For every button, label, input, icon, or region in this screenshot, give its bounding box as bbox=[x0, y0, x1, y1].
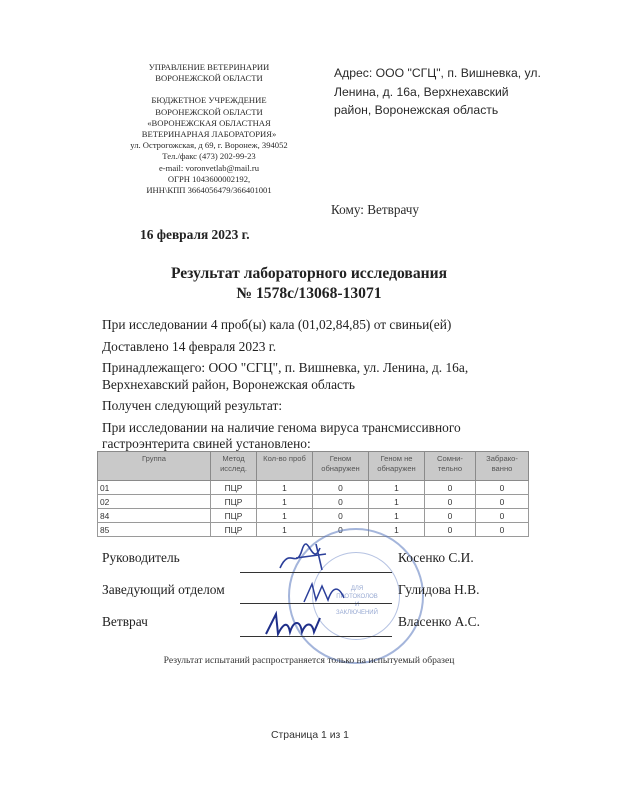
cell-group: 01 bbox=[98, 481, 211, 495]
cell-count: 1 bbox=[257, 481, 313, 495]
title-line: Результат лабораторного исследования bbox=[100, 264, 518, 284]
cell-doubtful: 0 bbox=[425, 523, 476, 537]
report-number: № 1578с/13068-13071 bbox=[100, 284, 518, 304]
column-header: Метод исслед. bbox=[211, 452, 257, 481]
org-line: Тел./факс (473) 202-99-23 bbox=[104, 151, 314, 162]
page-number: Страница 1 из 1 bbox=[250, 730, 370, 741]
signature-role: Заведующий отделом bbox=[102, 582, 225, 598]
cell-rejected: 0 bbox=[476, 523, 529, 537]
document-date: 16 февраля 2023 г. bbox=[140, 227, 250, 243]
cell-rejected: 0 bbox=[476, 495, 529, 509]
cell-detected: 0 bbox=[313, 495, 369, 509]
recipient: Кому: Ветврачу bbox=[331, 202, 419, 218]
cell-group: 85 bbox=[98, 523, 211, 537]
table-row: 02 ПЦР 1 0 1 0 0 bbox=[98, 495, 529, 509]
table-row: 01 ПЦР 1 0 1 0 0 bbox=[98, 481, 529, 495]
footnote: Результат испытаний распространяется тол… bbox=[100, 655, 518, 666]
org-line: ИНН\КПП 3664056479/366401001 bbox=[104, 185, 314, 196]
table-header-row: Группа Метод исслед. Кол-во проб Геном о… bbox=[98, 452, 529, 481]
org-line: ОГРН 1043600002192, bbox=[104, 174, 314, 185]
column-header: Геном не обнаружен bbox=[369, 452, 425, 481]
signature-scribble-icon bbox=[262, 608, 328, 640]
cell-doubtful: 0 bbox=[425, 495, 476, 509]
signatory-name: Гулидова Н.В. bbox=[398, 582, 479, 598]
cell-not-detected: 1 bbox=[369, 495, 425, 509]
column-header: Группа bbox=[98, 452, 211, 481]
study-text: При исследовании на наличие генома вирус… bbox=[102, 420, 522, 437]
owner-text: Принадлежащего: ООО "СГЦ", п. Вишневка, … bbox=[102, 360, 522, 377]
document-body: При исследовании 4 проб(ы) кала (01,02,8… bbox=[102, 317, 522, 453]
cell-group: 84 bbox=[98, 509, 211, 523]
cell-count: 1 bbox=[257, 509, 313, 523]
signature-role: Руководитель bbox=[102, 550, 180, 566]
cell-method: ПЦР bbox=[211, 523, 257, 537]
owner-text-cont: Верхнехавский район, Воронежская область bbox=[102, 377, 522, 394]
delivered-text: Доставлено 14 февраля 2023 г. bbox=[102, 339, 522, 356]
column-header: Сомни-тельно bbox=[425, 452, 476, 481]
table-row: 85 ПЦР 1 0 1 0 0 bbox=[98, 523, 529, 537]
cell-count: 1 bbox=[257, 495, 313, 509]
result-intro: Получен следующий результат: bbox=[102, 398, 522, 415]
signatory-name: Косенко С.И. bbox=[398, 550, 474, 566]
signature-scribble-icon bbox=[276, 540, 336, 574]
org-line: ВЕТЕРИНАРНАЯ ЛАБОРАТОРИЯ» bbox=[104, 129, 314, 140]
column-header: Кол-во проб bbox=[257, 452, 313, 481]
org-line: e-mail: voronvetlab@mail.ru bbox=[104, 163, 314, 174]
signatory-name: Власенко А.С. bbox=[398, 614, 480, 630]
cell-doubtful: 0 bbox=[425, 509, 476, 523]
org-line: «ВОРОНЕЖСКАЯ ОБЛАСТНАЯ bbox=[104, 118, 314, 129]
organization-header: УПРАВЛЕНИЕ ВЕТЕРИНАРИИ ВОРОНЕЖСКОЙ ОБЛАС… bbox=[104, 62, 314, 196]
org-line: ВОРОНЕЖСКОЙ ОБЛАСТИ bbox=[104, 73, 314, 84]
cell-rejected: 0 bbox=[476, 481, 529, 495]
cell-not-detected: 1 bbox=[369, 509, 425, 523]
cell-rejected: 0 bbox=[476, 509, 529, 523]
cell-method: ПЦР bbox=[211, 495, 257, 509]
org-line: ул. Острогожская, д 69, г. Воронеж, 3940… bbox=[104, 140, 314, 151]
column-header: Геном обнаружен bbox=[313, 452, 369, 481]
cell-doubtful: 0 bbox=[425, 481, 476, 495]
cell-detected: 0 bbox=[313, 509, 369, 523]
org-line: УПРАВЛЕНИЕ ВЕТЕРИНАРИИ bbox=[104, 62, 314, 73]
org-line: БЮДЖЕТНОЕ УЧРЕЖДЕНИЕ bbox=[104, 95, 314, 106]
document-title: Результат лабораторного исследования № 1… bbox=[100, 264, 518, 304]
column-header: Забрако-ванно bbox=[476, 452, 529, 481]
recipient-address: Адрес: ООО "СГЦ", п. Вишневка, ул. Ленин… bbox=[334, 64, 544, 120]
org-line: ВОРОНЕЖСКОЙ ОБЛАСТИ bbox=[104, 107, 314, 118]
cell-group: 02 bbox=[98, 495, 211, 509]
cell-method: ПЦР bbox=[211, 509, 257, 523]
signature-scribble-icon bbox=[300, 578, 350, 608]
signature-role: Ветврач bbox=[102, 614, 148, 630]
cell-detected: 0 bbox=[313, 481, 369, 495]
cell-not-detected: 1 bbox=[369, 481, 425, 495]
table-row: 84 ПЦР 1 0 1 0 0 bbox=[98, 509, 529, 523]
cell-count: 1 bbox=[257, 523, 313, 537]
samples-text: При исследовании 4 проб(ы) кала (01,02,8… bbox=[102, 317, 522, 334]
results-table: Группа Метод исслед. Кол-во проб Геном о… bbox=[97, 451, 529, 537]
cell-method: ПЦР bbox=[211, 481, 257, 495]
